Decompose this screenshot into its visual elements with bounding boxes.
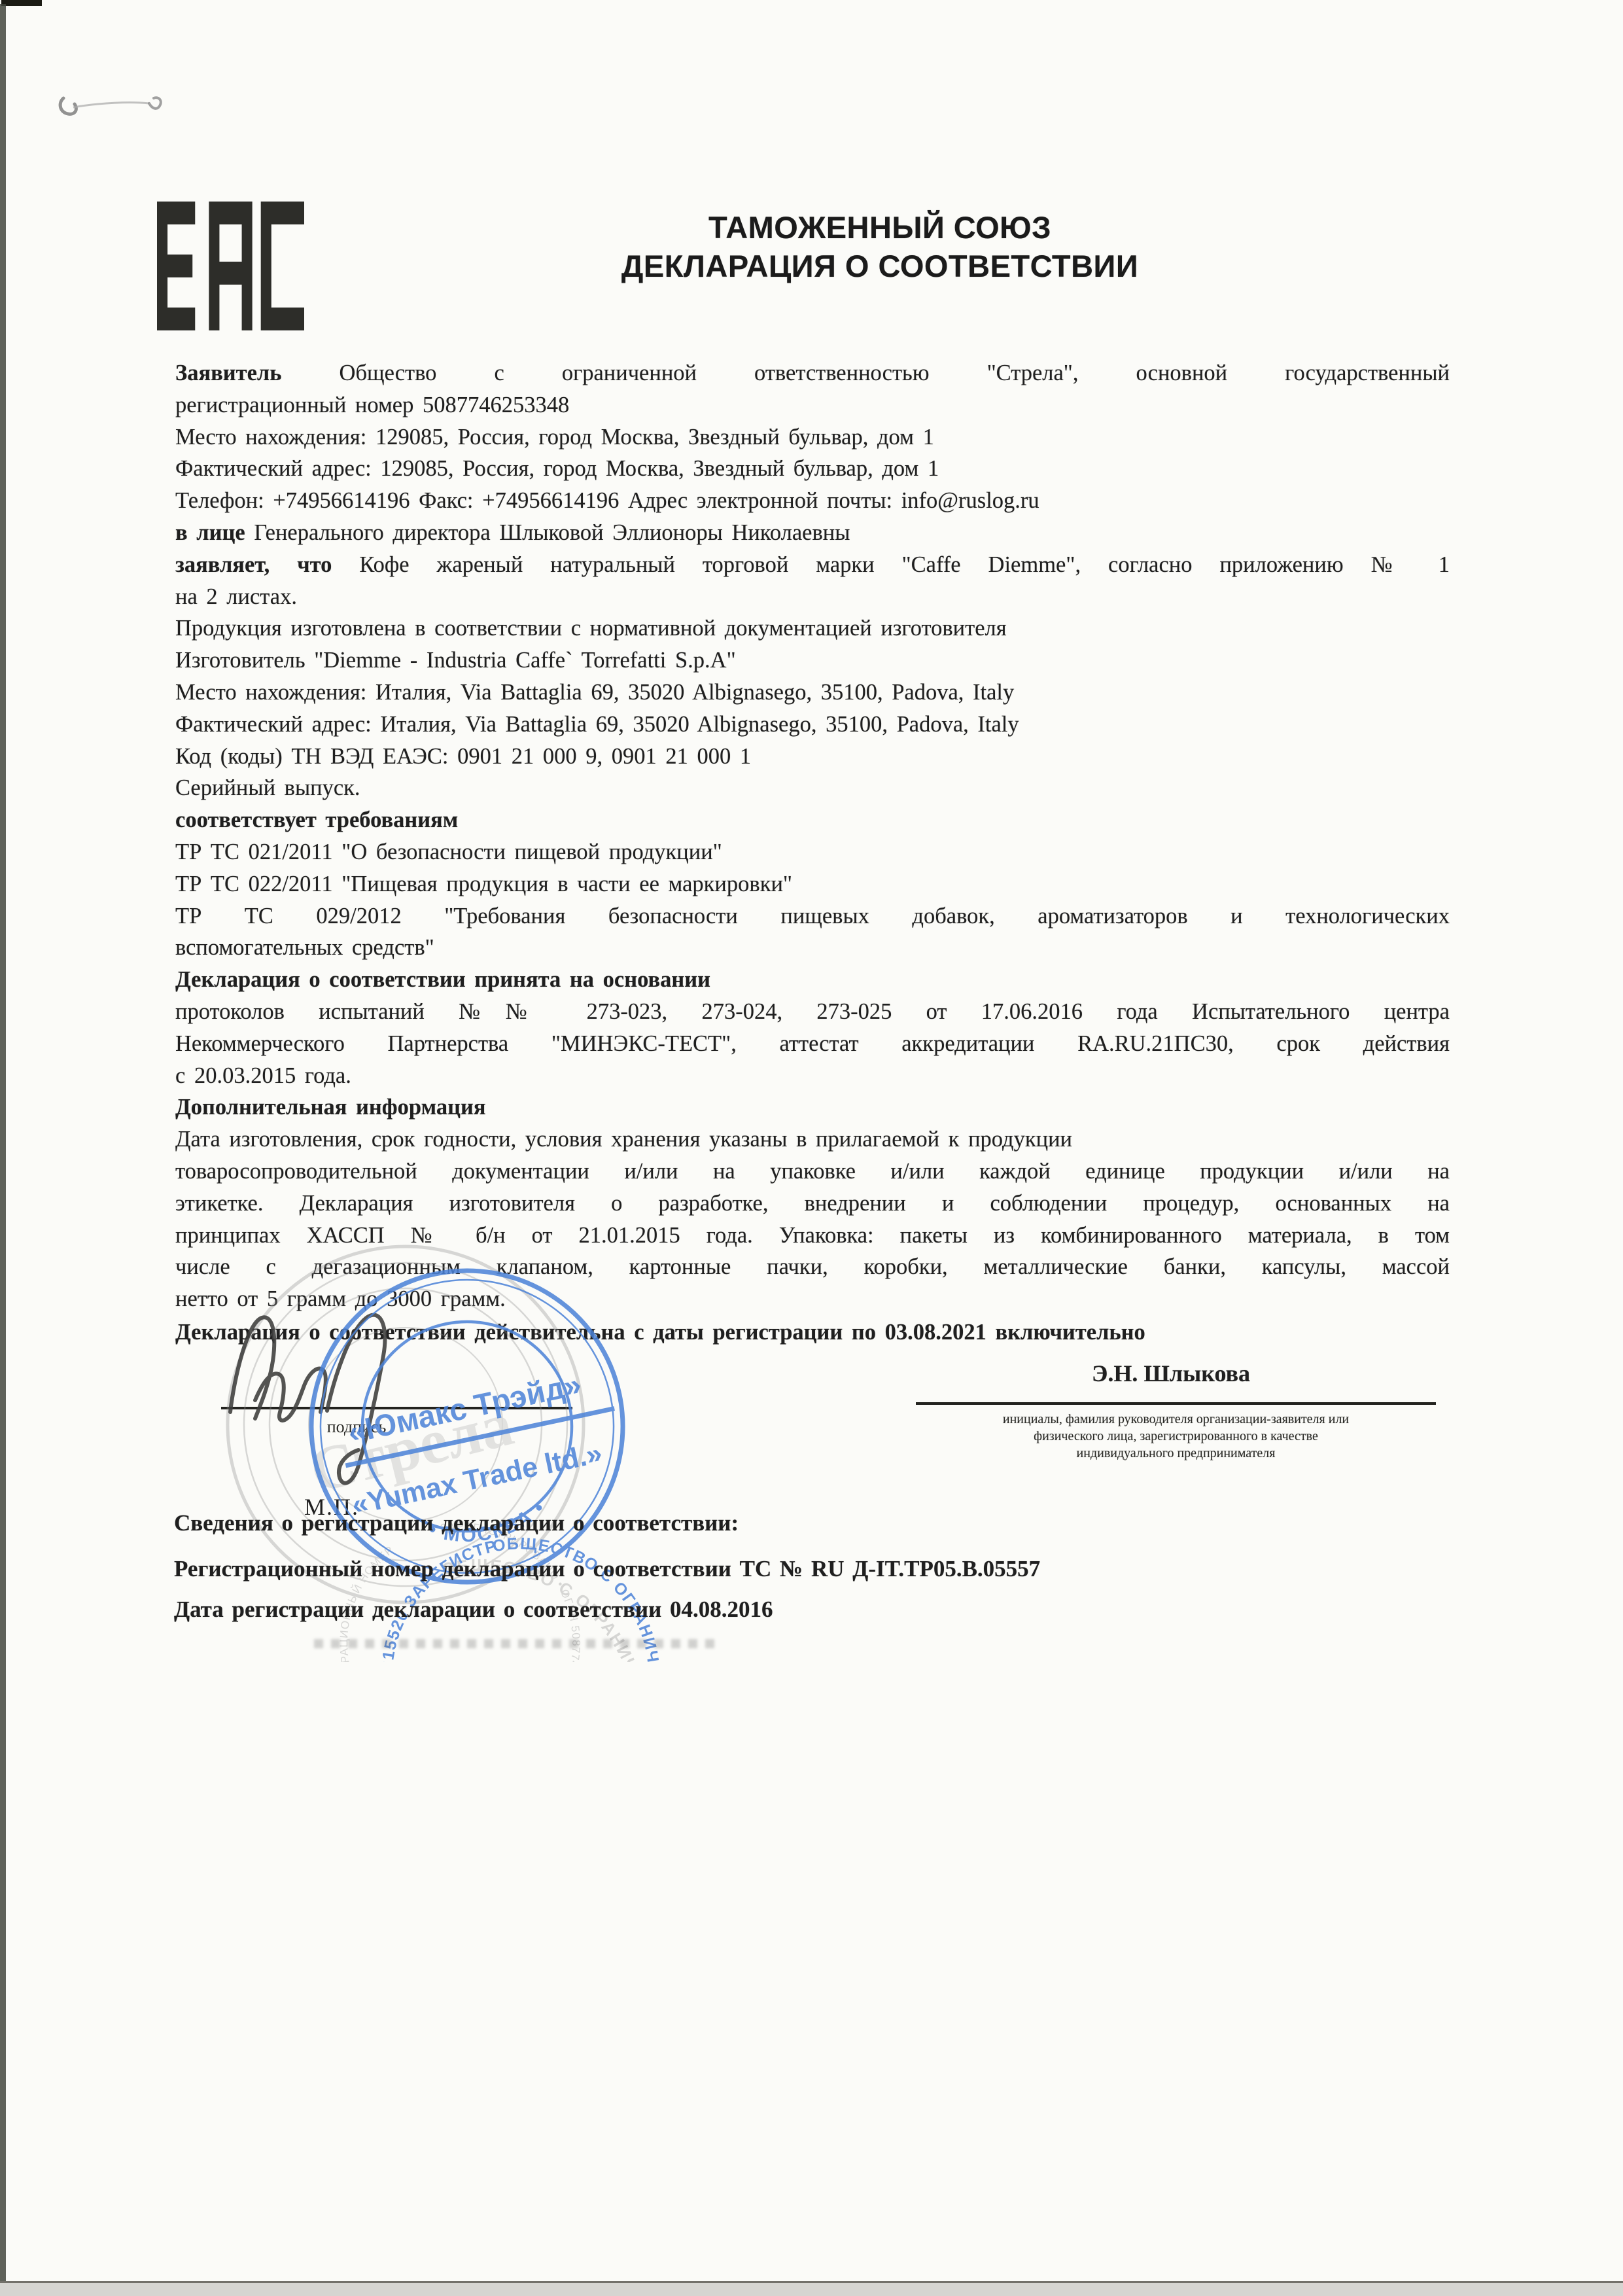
line-text: вспомогательных средств"	[175, 935, 434, 960]
title-line-1: ТАМОЖЕННЫЙ СОЮЗ	[618, 208, 1142, 247]
document-title: ТАМОЖЕННЫЙ СОЮЗ ДЕКЛАРАЦИЯ О СООТВЕТСТВИ…	[618, 208, 1142, 285]
line-bold: Декларация о соответствии принята на осн…	[175, 967, 710, 992]
doc-line: Заявитель Общество с ограниченной ответс…	[175, 359, 1450, 389]
line-text: товаросопроводительной документации и/ил…	[175, 1159, 1450, 1184]
signatory-caption-line: физического лица, зарегистрированного в …	[916, 1428, 1436, 1445]
line-text: ТР ТС 022/2011 "Пищевая продукция в част…	[175, 872, 792, 896]
doc-line: ТР ТС 029/2012 "Требования безопасности …	[175, 902, 1450, 932]
scan-smudge-artifact	[314, 1639, 720, 1648]
registration-date-line: Дата регистрации декларации о соответств…	[174, 1597, 1482, 1623]
line-text: Дата изготовления, срок годности, услови…	[175, 1127, 1072, 1152]
doc-line: Фактический адрес: Италия, Via Battaglia…	[175, 710, 1450, 740]
eac-logo	[157, 202, 304, 330]
doc-line: на 2 листах.	[175, 582, 1450, 612]
line-text: Телефон: +74956614196 Факс: +74956614196…	[175, 488, 1039, 513]
doc-line: ТР ТС 022/2011 "Пищевая продукция в част…	[175, 870, 1450, 900]
line-text: с 20.03.2015 года.	[175, 1063, 351, 1088]
doc-line: в лице Генерального директора Шлыковой Э…	[175, 518, 1450, 548]
doc-line: товаросопроводительной документации и/ил…	[175, 1157, 1450, 1187]
doc-line: Дата изготовления, срок годности, услови…	[175, 1125, 1450, 1155]
title-line-2: ДЕКЛАРАЦИЯ О СООТВЕТСТВИИ	[618, 247, 1142, 285]
doc-line: Телефон: +74956614196 Факс: +74956614196…	[175, 486, 1450, 516]
line-text: ТР ТС 029/2012 "Требования безопасности …	[175, 904, 1450, 928]
doc-line: Фактический адрес: 129085, Россия, город…	[175, 454, 1450, 484]
doc-line: вспомогательных средств"	[175, 933, 1450, 963]
doc-line: Место нахождения: Италия, Via Battaglia …	[175, 678, 1450, 708]
doc-line: с 20.03.2015 года.	[175, 1061, 1450, 1091]
line-text: Продукция изготовлена в соответствии с н…	[175, 616, 1007, 641]
doc-line: Изготовитель "Diemme - Industria Caffe` …	[175, 646, 1450, 676]
document-page: ТАМОЖЕННЫЙ СОЮЗ ДЕКЛАРАЦИЯ О СООТВЕТСТВИ…	[0, 0, 1623, 2296]
line-bold: Заявитель	[175, 361, 282, 385]
line-text: Место нахождения: 129085, Россия, город …	[175, 425, 934, 450]
line-bold: заявляет, что	[175, 552, 332, 577]
line-text: Серийный выпуск.	[175, 775, 360, 800]
line-text: ТР ТС 021/2011 "О безопасности пищевой п…	[175, 839, 722, 864]
line-text: Генерального директора Шлыковой Эллионор…	[245, 520, 850, 545]
line-text: Общество с ограниченной ответственностью…	[282, 361, 1450, 385]
line-text: Некоммерческого Партнерства "МИНЭКС-ТЕСТ…	[175, 1031, 1450, 1056]
line-text: Фактический адрес: 129085, Россия, город…	[175, 456, 939, 481]
line-text: Код (коды) ТН ВЭД ЕАЭС: 0901 21 000 9, 0…	[175, 744, 751, 769]
doc-line: Некоммерческого Партнерства "МИНЭКС-ТЕСТ…	[175, 1029, 1450, 1059]
doc-line: ТР ТС 021/2011 "О безопасности пищевой п…	[175, 838, 1450, 868]
doc-line: Код (коды) ТН ВЭД ЕАЭС: 0901 21 000 9, 0…	[175, 742, 1450, 772]
doc-line: Декларация о соответствии принята на осн…	[175, 965, 1450, 995]
doc-line: Серийный выпуск.	[175, 773, 1450, 804]
doc-line: Место нахождения: 129085, Россия, город …	[175, 423, 1450, 453]
registration-number-line: Регистрационный номер декларации о соотв…	[174, 1556, 1482, 1582]
doc-line: регистрационный номер 5087746253348	[175, 391, 1450, 421]
line-bold: Дополнительная информация	[175, 1095, 486, 1120]
blue-company-stamp: ОБЩЕСТВО С ОГРАНИЧЕННОЙ ОТВЕТСТВЕННОСТЬЮ…	[150, 1204, 703, 1662]
signatory-caption-line: инициалы, фамилия руководителя организац…	[916, 1411, 1436, 1428]
signatory-caption: инициалы, фамилия руководителя организац…	[916, 1411, 1436, 1462]
registration-heading: Сведения о регистрации декларации о соот…	[174, 1510, 1482, 1536]
doc-line: Продукция изготовлена в соответствии с н…	[175, 614, 1450, 644]
line-bold: соответствует требованиям	[175, 807, 458, 832]
line-text: Фактический адрес: Италия, Via Battaglia…	[175, 712, 1019, 737]
line-text: Место нахождения: Италия, Via Battaglia …	[175, 680, 1014, 705]
scan-edge-artifact	[0, 4, 6, 2296]
line-text: регистрационный номер 5087746253348	[175, 393, 569, 417]
signatory-name-line	[916, 1402, 1436, 1405]
scan-edge-artifact	[0, 2283, 1623, 2296]
line-text: Изготовитель "Diemme - Industria Caffe` …	[175, 648, 736, 673]
signatory-name: Э.Н. Шлыкова	[942, 1360, 1400, 1387]
signatory-caption-line: индивидуального предпринимателя	[916, 1445, 1436, 1462]
line-bold: в лице	[175, 520, 245, 545]
line-text: протоколов испытаний №№ 273-023, 273-024…	[175, 999, 1450, 1024]
doc-line: соответствует требованиям	[175, 805, 1450, 836]
scan-scratch-artifact	[0, 0, 196, 144]
doc-line: заявляет, что Кофе жареный натуральный т…	[175, 550, 1450, 580]
doc-line: Дополнительная информация	[175, 1093, 1450, 1123]
stamps-overlay: ОБЩЕСТВО С ОГРАНИЧЕННОЙ ОТВЕТСТВЕННОСТЬЮ…	[150, 1204, 857, 1662]
line-text: Кофе жареный натуральный торговой марки …	[332, 552, 1450, 577]
doc-line: протоколов испытаний №№ 273-023, 273-024…	[175, 997, 1450, 1027]
line-text: на 2 листах.	[175, 584, 297, 609]
